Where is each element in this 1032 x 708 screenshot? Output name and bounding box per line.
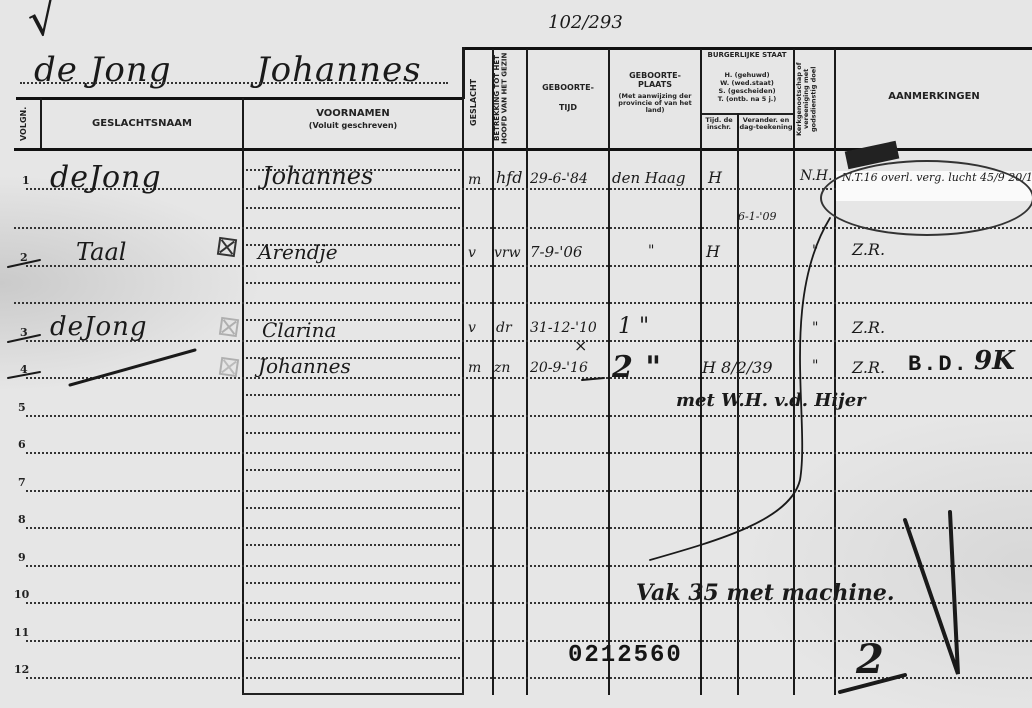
family-registration-card: √ 102/293 de Jong Johannes VOLGN. GESLAC… (0, 0, 1032, 708)
big-check-mark (905, 512, 958, 674)
arrow-mark-row-2 (8, 260, 40, 267)
pen-strokes (0, 0, 1032, 708)
arrow-mark-row-4 (8, 372, 40, 378)
strike-line-entry-4 (70, 350, 195, 385)
connector-curve (650, 218, 830, 560)
underline-mark (840, 675, 905, 692)
arrow-mark-row-3 (8, 335, 40, 342)
